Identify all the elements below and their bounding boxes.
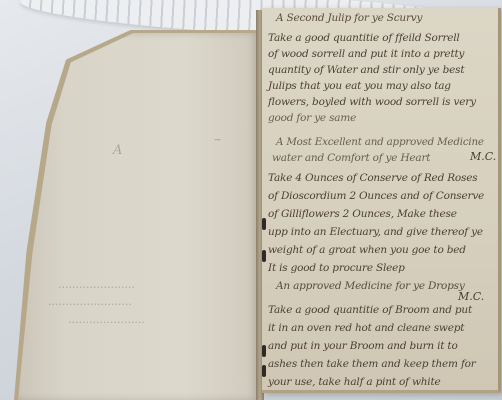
left-page-mark: A (113, 143, 122, 158)
manuscript-line: it in an oven red hot and cleane swept (268, 322, 464, 334)
manuscript-line: weight of a groat when you goe to bed (268, 244, 466, 256)
manuscript-line: It is good to procure Sleep (268, 262, 405, 274)
left-page-faint-line: ...................... (68, 313, 145, 326)
ink-mark (262, 365, 266, 377)
manuscript-line: of Gilliflowers 2 Ounces, Make these (268, 208, 457, 220)
left-page-mark: ~ (213, 133, 222, 146)
right-page: A Second Julip for ye Scurvy Take a good… (262, 8, 501, 393)
manuscript-line: quantity of Water and stir only ye best (268, 64, 464, 76)
manuscript-line: upp into an Electuary, and give thereof … (268, 226, 483, 238)
manuscript-line: flowers, boyled with wood sorrell is ver… (268, 96, 476, 108)
manuscript-line: and put in your Broom and burn it to (268, 340, 458, 352)
manuscript-line: An approved Medicine for ye Dropsy (276, 280, 465, 292)
manuscript-line: good for ye same (268, 112, 356, 124)
manuscript-line: Take a good quantitie of Broom and put (268, 304, 472, 316)
ink-mark (262, 345, 266, 357)
manuscript-line: Take 4 Ounces of Conserve of Red Roses (268, 172, 477, 184)
manuscript-line: water and Comfort of ye Heart (272, 152, 430, 164)
manuscript-line: your use, take half a pint of white (268, 376, 441, 388)
initials-mark: M.C. (458, 290, 484, 303)
ink-mark (262, 218, 266, 230)
ink-mark (262, 250, 266, 262)
manuscript-line: Julips that you eat you may also tag (268, 80, 451, 92)
left-page-faint-line: ........................ (48, 295, 132, 308)
manuscript-line: A Second Julip for ye Scurvy (276, 12, 422, 24)
left-page-faint-line: ...................... (58, 278, 135, 291)
manuscript-line: of Dioscordium 2 Ounces and of Conserve (268, 190, 484, 202)
initials-mark: M.C. (470, 150, 496, 163)
manuscript-line: Take a good quantitie of ffeild Sorrell (268, 32, 460, 44)
manuscript-line: of wood sorrell and put it into a pretty (268, 48, 464, 60)
manuscript-line: ashes then take them and keep them for (268, 358, 476, 370)
manuscript-line: A Most Excellent and approved Medicine (276, 136, 484, 148)
